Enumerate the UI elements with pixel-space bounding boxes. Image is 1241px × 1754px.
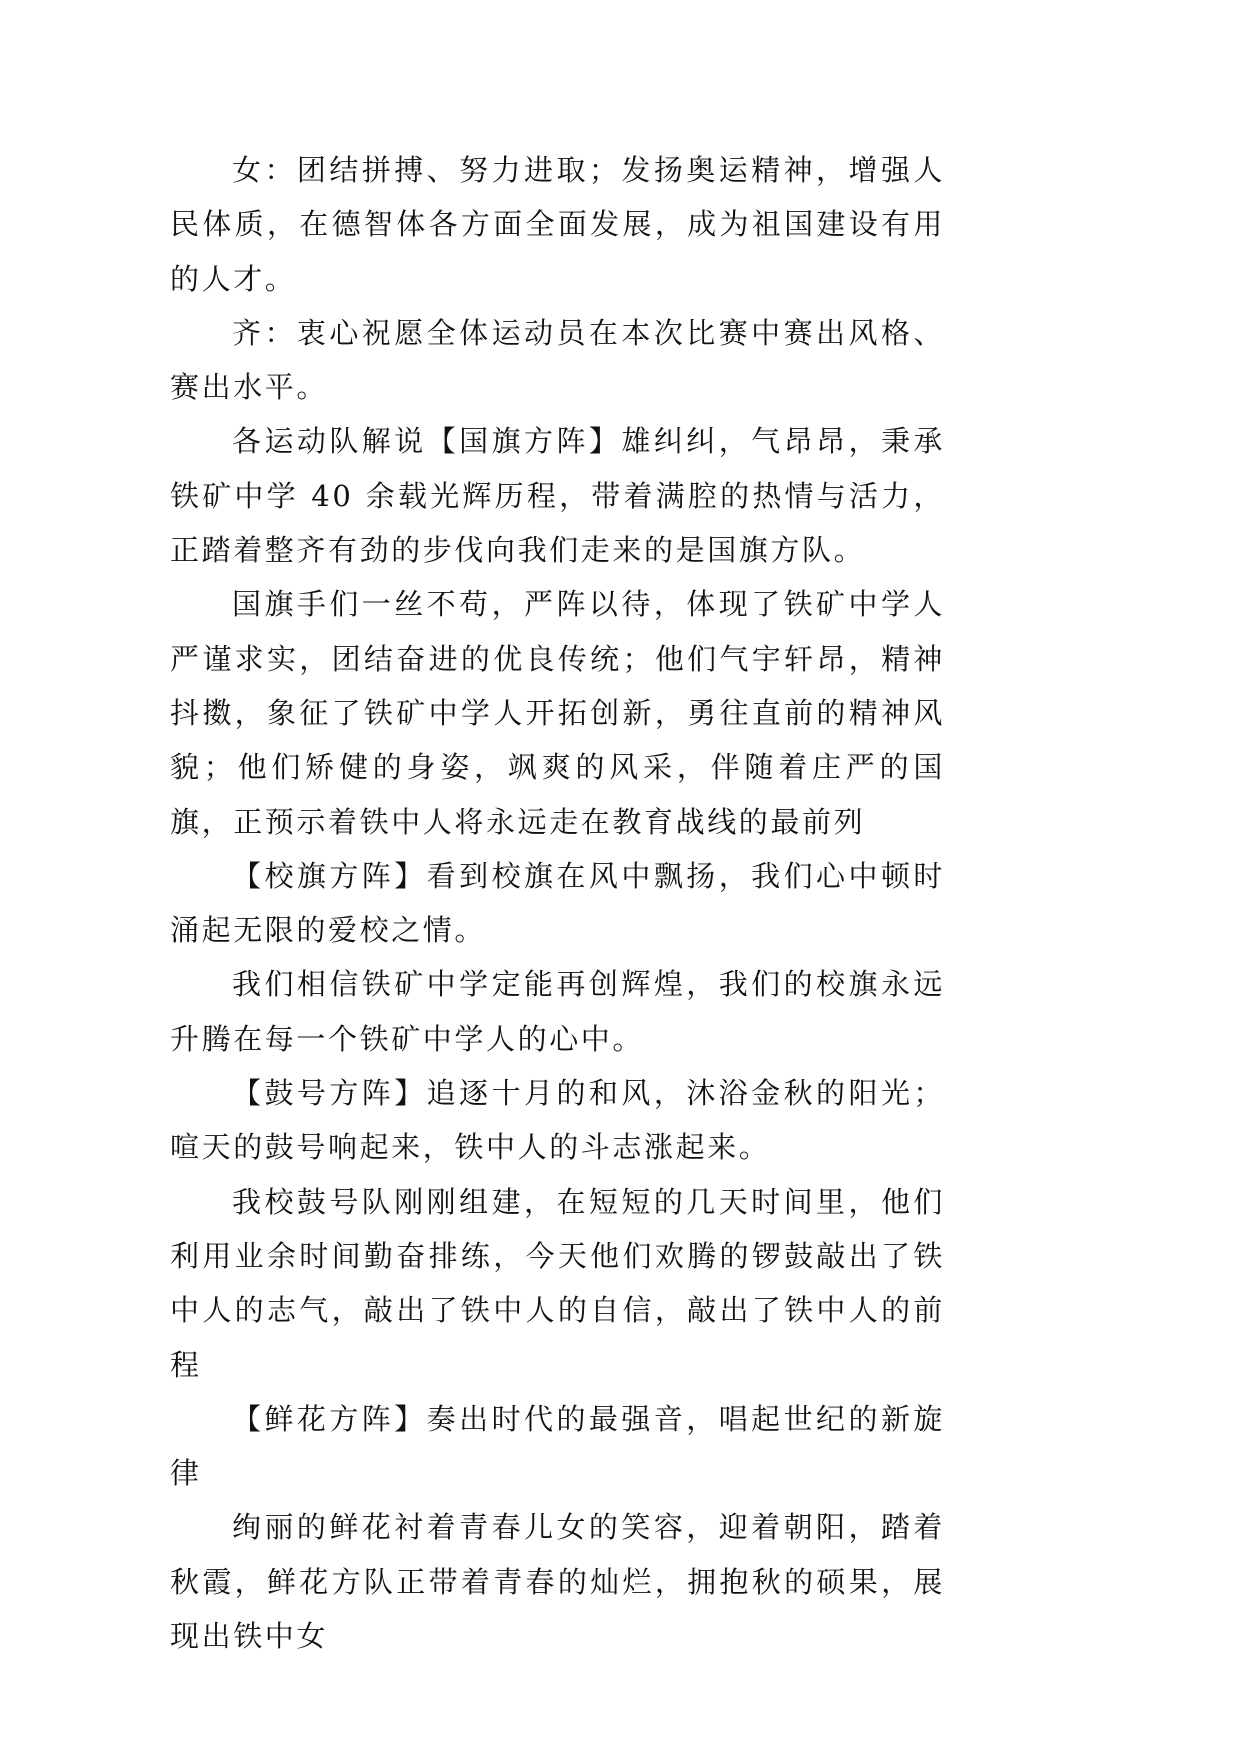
paragraph-drum-band-detail: 我校鼓号队刚刚组建，在短短的几天时间里，他们利用业余时间勤奋排练，今天他们欢腾的… (170, 1175, 945, 1392)
paragraph-drum-band-intro: 【鼓号方阵】追逐十月的和风，沐浴金秋的阳光；喧天的鼓号响起来，铁中人的斗志涨起来… (170, 1066, 945, 1175)
paragraph-national-flag-intro: 各运动队解说【国旗方阵】雄纠纠，气昂昂，秉承铁矿中学 40 余载光辉历程，带着满… (170, 414, 945, 577)
paragraph-school-flag-belief: 我们相信铁矿中学定能再创辉煌，我们的校旗永远升腾在每一个铁矿中学人的心中。 (170, 957, 945, 1066)
document-page: 女：团结拼搏、努力进取；发扬奥运精神，增强人民体质，在德智体各方面全面发展，成为… (170, 143, 945, 1663)
paragraph-school-flag-intro: 【校旗方阵】看到校旗在风中飘扬，我们心中顿时涌起无限的爱校之情。 (170, 849, 945, 958)
paragraph-flower-intro: 【鲜花方阵】奏出时代的最强音，唱起世纪的新旋律 (170, 1392, 945, 1501)
paragraph-closing-female: 女：团结拼搏、努力进取；发扬奥运精神，增强人民体质，在德智体各方面全面发展，成为… (170, 143, 945, 306)
paragraph-flower-detail: 绚丽的鲜花衬着青春儿女的笑容，迎着朝阳，踏着秋霞，鲜花方队正带着青春的灿烂，拥抱… (170, 1500, 945, 1663)
paragraph-closing-together: 齐：衷心祝愿全体运动员在本次比赛中赛出风格、赛出水平。 (170, 306, 945, 415)
paragraph-national-flag-bearers: 国旗手们一丝不苟，严阵以待，体现了铁矿中学人严谨求实，团结奋进的优良传统；他们气… (170, 577, 945, 848)
